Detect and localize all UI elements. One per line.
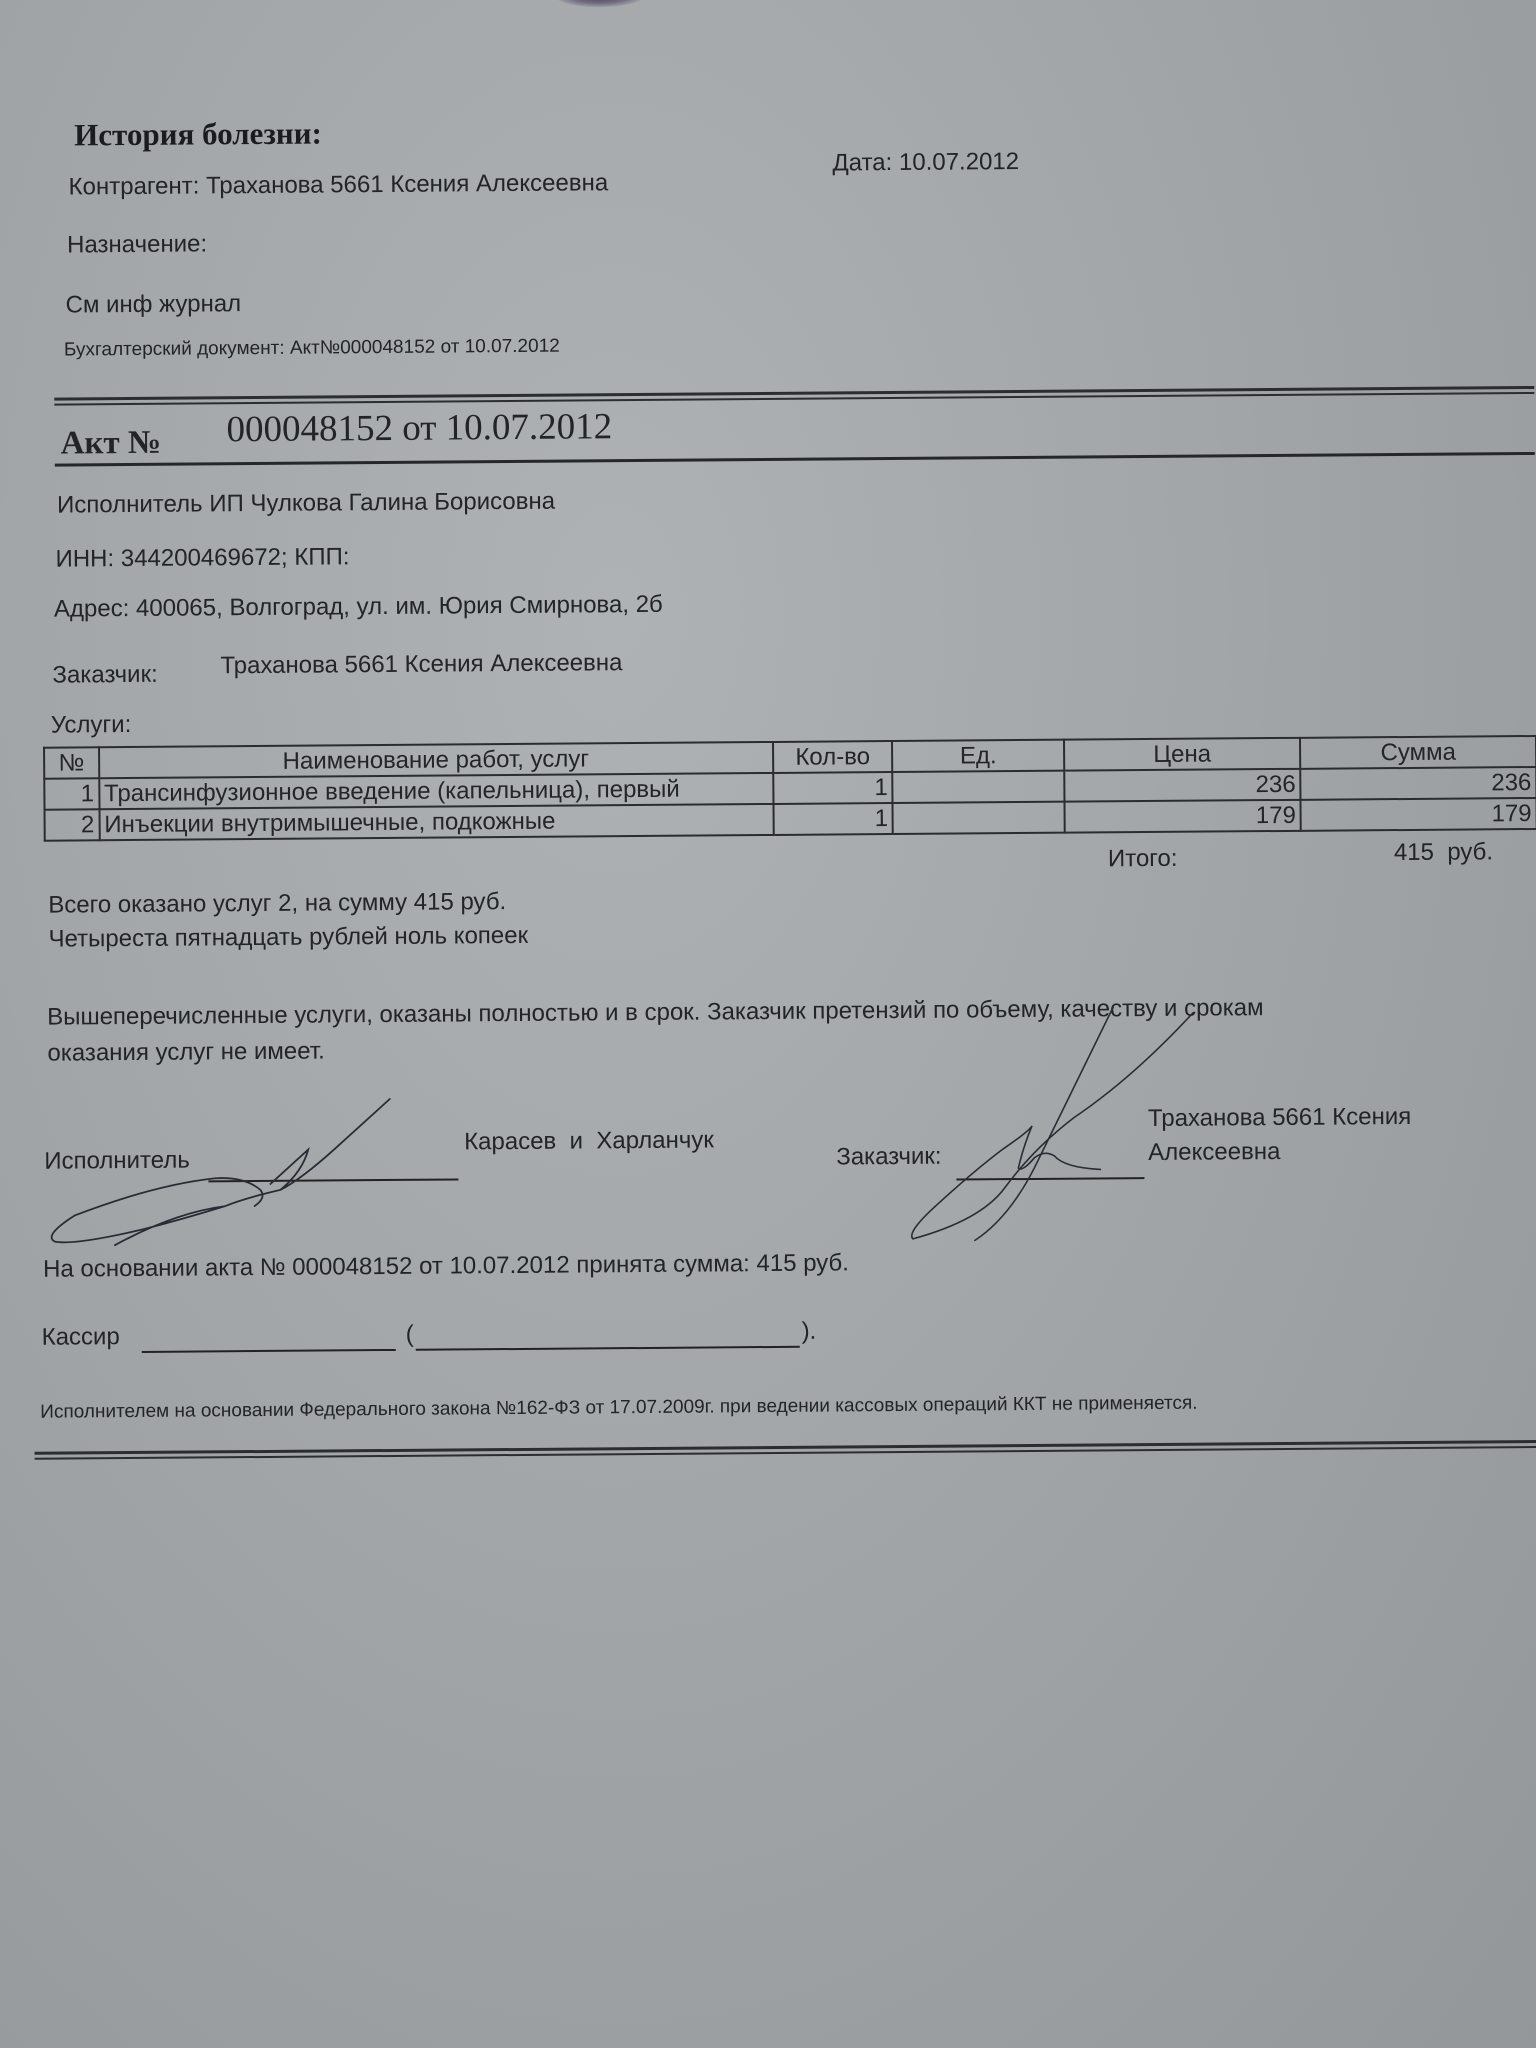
act-label: Акт № <box>60 425 161 463</box>
date-line: Дата: 10.07.2012 <box>832 148 1019 177</box>
date-value: 10.07.2012 <box>899 148 1019 176</box>
cell-unit <box>893 771 1065 803</box>
purpose-label: Назначение: <box>67 230 207 259</box>
accounting-document: Бухгалтерский документ: Акт№000048152 от… <box>64 336 560 362</box>
cashier-label: Кассир <box>42 1323 120 1352</box>
cell-qty: 1 <box>773 803 893 835</box>
divider-double-bottom <box>35 1440 1536 1455</box>
cell-unit <box>893 802 1065 834</box>
customer-value: Траханова 5661 Ксения Алексеевна <box>220 649 622 680</box>
cell-sum: 179 <box>1301 798 1536 831</box>
cell-num: 1 <box>44 778 99 809</box>
col-header-price: Цена <box>1064 738 1301 771</box>
cashier-signature-line <box>142 1349 396 1353</box>
statement-line-2: оказания услуг не имеет. <box>47 1037 325 1067</box>
executor-names: Карасев и Харланчук <box>464 1126 714 1156</box>
cell-name: Инъекции внутримышечные, подкожные <box>99 804 773 840</box>
medical-history-title: История болезни: <box>74 115 322 153</box>
services-table: № Наименование работ, услуг Кол-во Ед. Ц… <box>43 735 1536 842</box>
customer-label: Заказчик: <box>52 661 157 690</box>
cell-name-text: Инъекции внутримышечные, подкожные <box>104 806 768 839</box>
counterparty-label: Контрагент: <box>69 172 200 200</box>
counterparty-line: Контрагент: Траханова 5661 Ксения Алексе… <box>69 169 609 201</box>
cell-name-text: Трансинфузионное введение (капельница), … <box>104 775 768 808</box>
cell-qty: 1 <box>773 772 893 804</box>
customer-signature-icon <box>903 1006 1225 1249</box>
cell-num: 2 <box>45 809 100 840</box>
inn-line: ИНН: 344200469672; КПП: <box>55 543 349 573</box>
address-line: Адрес: 400065, Волгоград, ул. им. Юрия С… <box>54 591 663 624</box>
executor-signature-icon <box>34 1093 405 1246</box>
col-header-qty: Кол-во <box>773 741 893 773</box>
summary-amount-words: Четыреста пятнадцать рублей ноль копеек <box>48 922 528 954</box>
col-header-unit: Ед. <box>892 740 1064 772</box>
counterparty-value: Траханова 5661 Ксения Алексеевна <box>206 169 608 199</box>
col-header-num: № <box>44 747 99 778</box>
divider-double-top <box>54 386 1534 401</box>
date-label: Дата: <box>832 149 892 176</box>
cashier-paren-close: ). <box>802 1318 817 1346</box>
total-value: 415 руб. <box>1394 838 1493 867</box>
cell-price: 179 <box>1064 800 1301 833</box>
purpose-value: См инф журнал <box>65 290 241 319</box>
cashier-name-line <box>416 1346 800 1351</box>
footer-legal-note: Исполнителем на основании Федерального з… <box>40 1393 1197 1424</box>
executor-line: Исполнитель ИП Чулкова Галина Борисовна <box>57 488 555 520</box>
col-header-sum: Сумма <box>1300 736 1536 769</box>
shadow-artifact <box>555 0 645 8</box>
document-page: История болезни: Контрагент: Траханова 5… <box>0 0 1536 2048</box>
summary-count-sum: Всего оказано услуг 2, на сумму 415 руб. <box>48 888 506 920</box>
cell-sum: 236 <box>1301 767 1536 800</box>
divider-act-underline <box>55 452 1535 467</box>
total-label: Итого: <box>1108 845 1178 874</box>
cell-price: 236 <box>1064 769 1301 802</box>
receipt-accepted-sum: На основании акта № 000048152 от 10.07.2… <box>43 1249 849 1283</box>
act-number-date: 000048152 от 10.07.2012 <box>226 405 612 451</box>
cashier-paren-open: ( <box>406 1321 414 1349</box>
services-label: Услуги: <box>51 711 132 740</box>
